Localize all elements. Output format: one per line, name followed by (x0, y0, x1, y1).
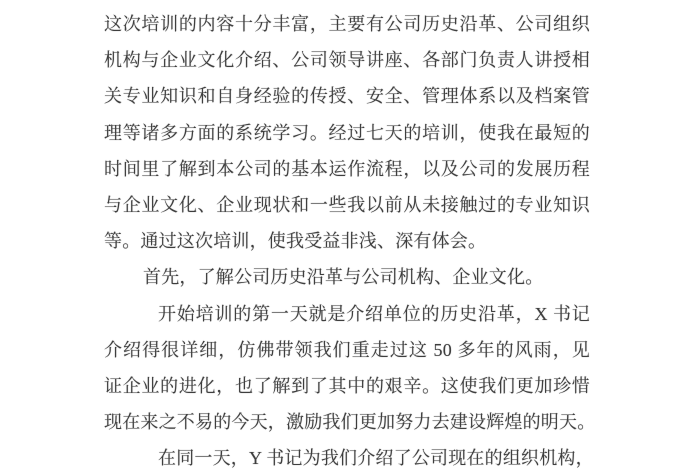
text-line-7: 等。通过这次培训，使我受益非浅、深有体会。 (104, 223, 590, 259)
text-line-4: 理等诸多方面的系统学习。经过七天的培训，使我在最短的 (104, 115, 590, 151)
text-line-10: 介绍得很详细，仿佛带领我们重走过这 50 多年的风雨，见 (104, 332, 590, 368)
text-line-13: 在同一天，Y 书记为我们介绍了公司现在的组织机构， (104, 440, 590, 470)
text-line-3: 关专业知识和自身经验的传授、安全、管理体系以及档案管 (104, 78, 590, 114)
text-line-9: 开始培训的第一天就是介绍单位的历史沿革，X 书记 (104, 296, 590, 332)
text-line-6: 与企业文化、企业现状和一些我以前从未接触过的专业知识 (104, 187, 590, 223)
text-line-5: 时间里了解到本公司的基本运作流程，以及公司的发展历程 (104, 151, 590, 187)
text-line-11: 证企业的进化，也了解到了其中的艰辛。这使我们更加珍惜 (104, 368, 590, 404)
text-block: 这次培训的内容十分丰富，主要有公司历史沿革、公司组织机构与企业文化介绍、公司领导… (104, 6, 590, 470)
text-line-12: 现在来之不易的今天，激励我们更加努力去建设辉煌的明天。 (104, 404, 590, 440)
text-line-1: 这次培训的内容十分丰富，主要有公司历史沿革、公司组织 (104, 6, 590, 42)
text-line-8: 首先，了解公司历史沿革与公司机构、企业文化。 (104, 259, 590, 295)
text-line-2: 机构与企业文化介绍、公司领导讲座、各部门负责人讲授相 (104, 42, 590, 78)
document-page: 这次培训的内容十分丰富，主要有公司历史沿革、公司组织机构与企业文化介绍、公司领导… (0, 0, 700, 470)
